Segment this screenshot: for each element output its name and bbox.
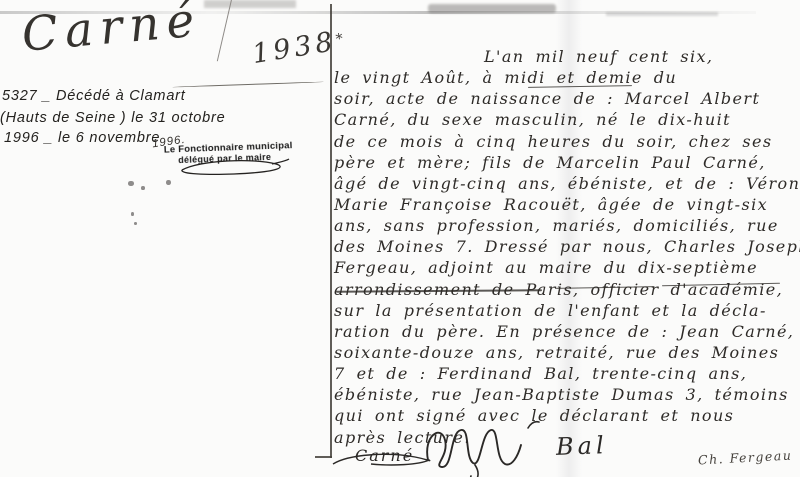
act-line: le vingt Août, à midi et demie du [334, 67, 800, 88]
act-line: soir, acte de naissance de : Marcel Albe… [334, 88, 800, 109]
act-line: soixante-douze ans, retraité, rue des Mo… [334, 342, 800, 363]
act-line: ration du père. En présence de : Jean Ca… [334, 321, 800, 342]
act-line: Fergeau, adjoint au maire du dix-septièm… [334, 257, 800, 278]
scan-smudge [606, 12, 718, 16]
signature-bal: Bal [556, 431, 609, 461]
death-note-line: 5327 _ Décédé à Clamart [2, 88, 186, 104]
act-line: arrondissement de Paris, officier d'acad… [334, 279, 800, 300]
ink-speck [134, 222, 137, 225]
scan-smudge [204, 0, 296, 8]
margin-rule [330, 4, 332, 458]
act-line: père et mère; fils de Marcelin Paul Carn… [334, 152, 800, 173]
scanned-birth-record: Carné 1938* 5327 _ Décédé à Clamart (Hau… [0, 0, 800, 477]
signature-officer: Ch. Fergeau [698, 448, 793, 468]
act-line: des Moines 7. Dressé par nous, Charles J… [334, 236, 800, 257]
act-line: L'an mil neuf cent six, [334, 46, 800, 67]
act-line: âgé de vingt-cinq ans, ébéniste, et de :… [334, 173, 800, 194]
ink-speck [131, 212, 134, 216]
act-line: 7 et de : Ferdinand Bal, trente-cinq ans… [334, 363, 800, 384]
act-line: qui ont signé avec le déclarant et nous [334, 405, 800, 426]
ink-speck [141, 186, 145, 190]
signature-flourish-paraphe [422, 418, 560, 477]
act-line: sur la présentation de l'enfant et la dé… [334, 300, 800, 321]
act-line: Carné, du sexe masculin, né le dix-huit [334, 109, 800, 130]
surname-flourish [172, 81, 324, 87]
ink-speck [128, 181, 134, 186]
act-line: ébéniste, rue Jean-Baptiste Dumas 3, tém… [334, 384, 800, 405]
ink-speck [166, 180, 171, 185]
margin-rule-tick [315, 456, 332, 458]
signature-carne-text: Carné [355, 446, 414, 465]
year-annotation-text: 1938 [250, 26, 339, 70]
death-note-line: (Hauts de Seine ) le 31 octobre [0, 110, 226, 126]
scan-smudge [428, 4, 556, 13]
stray-pen-mark [217, 0, 232, 61]
margin-surname-heading: Carné [20, 0, 203, 59]
act-line: Marie Françoise Racouët, âgée de vingt-s… [334, 194, 800, 215]
act-text-block: L'an mil neuf cent six, le vingt Août, à… [334, 46, 800, 448]
death-note-line: 1996 _ le 6 novembre [4, 130, 160, 146]
act-line: ans, sans profession, mariés, domiciliés… [334, 215, 800, 236]
stamp-signature-flourish [172, 155, 290, 179]
act-line: de ce mois à cinq heures du soir, chez s… [334, 131, 800, 152]
